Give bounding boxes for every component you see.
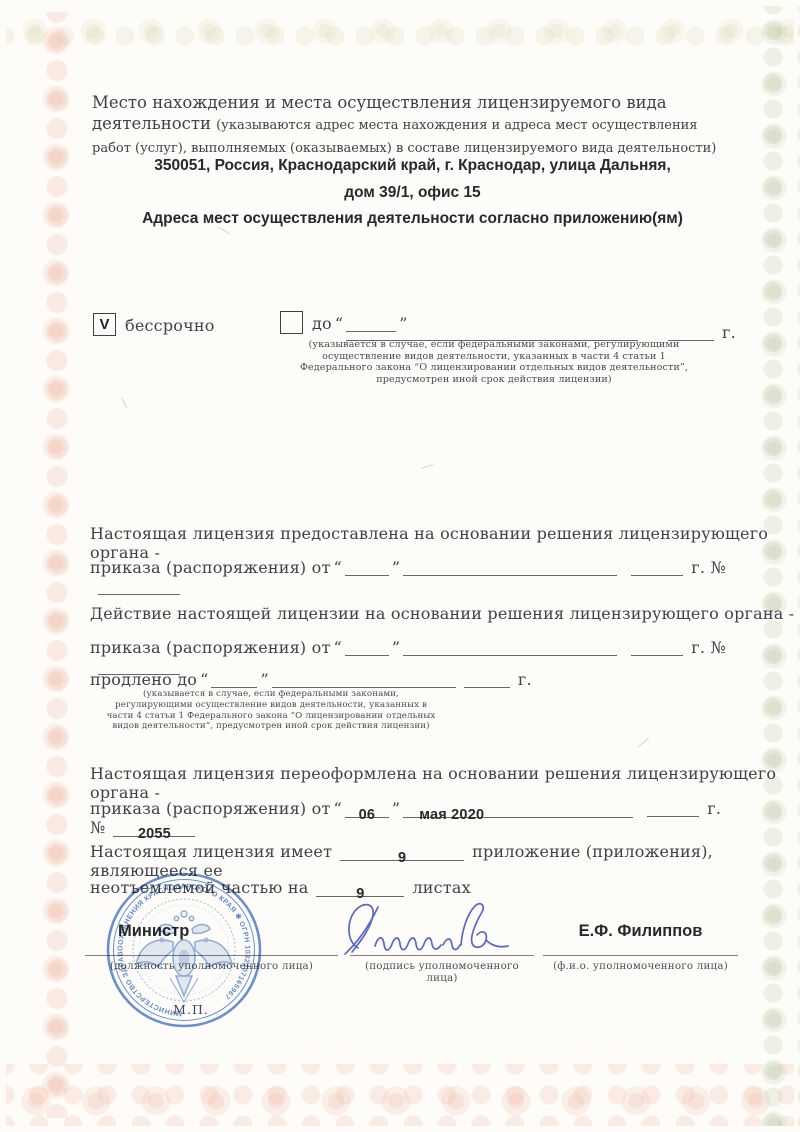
order-year-blank xyxy=(631,560,683,576)
license-document-page: Место нахождения и места осуществления л… xyxy=(0,0,800,1132)
order-day-blank xyxy=(345,640,389,656)
order-month-value: мая 2020 xyxy=(403,802,633,818)
perpetual-checkbox[interactable]: V xyxy=(93,313,116,336)
reissue-order-line: приказа (распоряжения) от“06”мая 2020г. … xyxy=(90,799,740,837)
location-heading: Место нахождения и места осуществления л… xyxy=(92,92,740,159)
prolonged-clause-note: (указывается в случае, если федеральными… xyxy=(106,689,436,732)
close-quote: ” xyxy=(392,638,400,657)
reissue-number: 2055 xyxy=(138,828,171,841)
signature-caption: (подпись уполномоченного лица) xyxy=(350,960,534,984)
extension-intro: Действие настоящей лицензии на основании… xyxy=(90,604,794,623)
decorative-border-left xyxy=(24,12,88,1118)
until-clause-note: (указывается в случае, если федеральными… xyxy=(298,339,690,385)
order-year-blank xyxy=(631,640,683,656)
until-date-checkbox[interactable] xyxy=(280,311,303,334)
open-quote: “ xyxy=(335,314,343,333)
close-quote: ” xyxy=(392,558,400,577)
prolonged-day-blank xyxy=(211,672,257,688)
order-day-blank xyxy=(345,560,389,576)
order-label: приказа (распоряжения) от xyxy=(90,638,331,657)
paper-fiber xyxy=(637,737,649,747)
open-quote: “ xyxy=(334,558,342,577)
prolonged-line: продлено до“”г. xyxy=(90,670,532,689)
order-year-blank xyxy=(647,801,699,817)
close-quote: ” xyxy=(392,799,400,818)
attachments-sheets-blank: 9 xyxy=(316,881,404,897)
decorative-border-bottom xyxy=(6,1064,794,1126)
attachments-count: 9 xyxy=(398,852,406,865)
prolonged-label: продлено до xyxy=(90,670,197,689)
order-month-blank xyxy=(403,640,617,656)
reissue-day: 06 xyxy=(359,809,376,822)
paper-fiber xyxy=(121,397,127,408)
number-sign: № xyxy=(710,558,725,577)
order-number-blank xyxy=(98,579,180,595)
addresses-per-annex-line: Адреса мест осуществления деятельности с… xyxy=(85,208,740,229)
reissue-month-year: мая 2020 xyxy=(419,809,484,822)
ministry-round-stamp: МИНИСТЕРСТВО ЗДРАВООХРАНЕНИЯ КРАСНОДАРСК… xyxy=(104,870,264,1030)
year-abbr: г. xyxy=(518,670,532,689)
open-quote: “ xyxy=(334,799,342,818)
order-label: приказа (распоряжения) от xyxy=(90,558,331,577)
order-label: приказа (распоряжения) от xyxy=(90,799,331,818)
granted-order-line: приказа (распоряжения) от“”г. № xyxy=(90,558,740,596)
attachments-prefix: Настоящая лицензия имеет xyxy=(90,842,332,861)
handwritten-signature xyxy=(342,896,517,962)
year-abbr: г. xyxy=(691,558,705,577)
prolonged-month-blank xyxy=(272,672,456,688)
open-quote: “ xyxy=(334,638,342,657)
close-quote: ” xyxy=(260,670,268,689)
name-caption: (ф.и.о. уполномоченного лица) xyxy=(543,960,738,972)
open-quote: “ xyxy=(200,670,208,689)
until-label: до xyxy=(312,314,332,333)
decorative-border-right xyxy=(748,6,800,1126)
prolonged-year-blank xyxy=(464,672,510,688)
name-signature-line xyxy=(543,955,738,956)
granted-intro: Настоящая лицензия предоставлена на осно… xyxy=(90,524,800,562)
year-abbr: г. xyxy=(691,638,705,657)
perpetual-checkbox-mark: V xyxy=(99,316,109,333)
reissue-intro: Настоящая лицензия переоформлена на осно… xyxy=(90,764,800,802)
order-day-value: 06 xyxy=(345,802,389,818)
decorative-border-top xyxy=(6,8,794,54)
attachments-count-blank: 9 xyxy=(340,845,464,861)
signer-name: Е.Ф. Филиппов xyxy=(543,922,738,941)
year-abbr: г. xyxy=(722,323,736,342)
order-month-blank xyxy=(403,560,617,576)
license-address-line2: дом 39/1, офис 15 xyxy=(85,182,740,203)
number-sign: № xyxy=(90,818,105,837)
paper-fiber xyxy=(420,464,434,469)
year-abbr: г. xyxy=(707,799,721,818)
order-number-value: 2055 xyxy=(113,821,195,837)
number-sign: № xyxy=(710,638,725,657)
attachments-suffix: листах xyxy=(412,878,470,897)
perpetual-label: бессрочно xyxy=(125,316,215,335)
license-address-line1: 350051, Россия, Краснодарский край, г. К… xyxy=(85,155,740,176)
